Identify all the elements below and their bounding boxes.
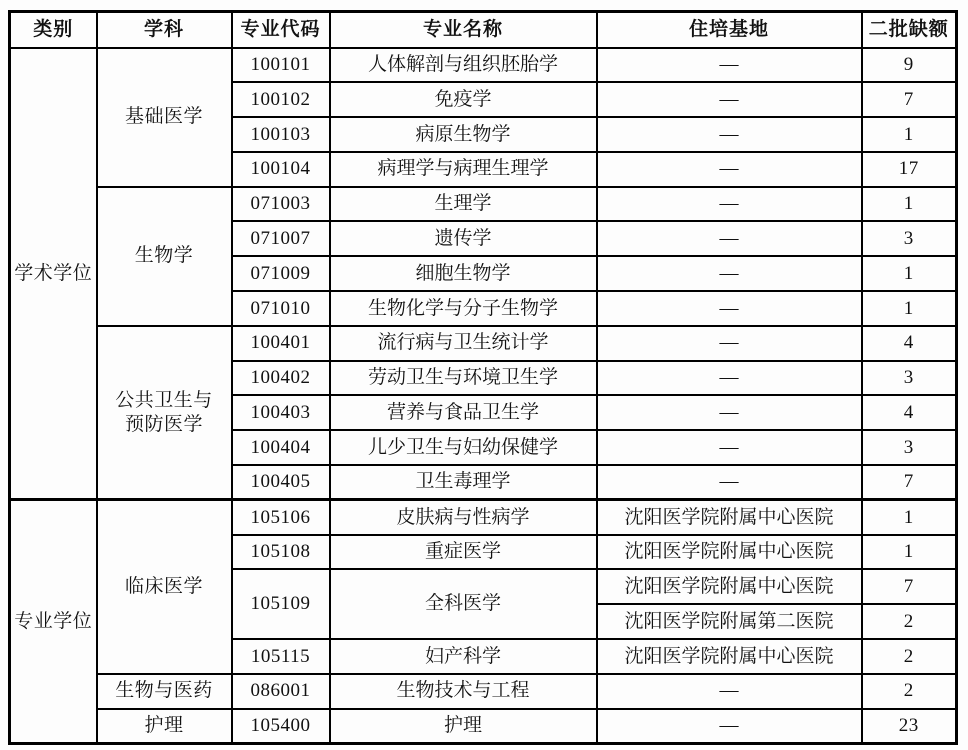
table-row: 专业学位临床医学105106皮肤病与性病学沈阳医学院附属中心医院1 xyxy=(10,500,957,535)
cell-base: — xyxy=(597,48,862,83)
cell-vacancy: 7 xyxy=(862,82,957,117)
cell-major: 卫生毒理学 xyxy=(330,465,597,500)
cell-base: — xyxy=(597,326,862,361)
cell-base: 沈阳医学院附属中心医院 xyxy=(597,500,862,535)
cell-code: 071010 xyxy=(232,291,330,326)
cell-vacancy: 2 xyxy=(862,674,957,709)
cell-code: 071003 xyxy=(232,187,330,222)
cell-vacancy: 3 xyxy=(862,361,957,396)
cell-code: 100104 xyxy=(232,152,330,187)
cell-major: 劳动卫生与环境卫生学 xyxy=(330,361,597,396)
cell-major: 细胞生物学 xyxy=(330,256,597,291)
cell-major: 病理学与病理生理学 xyxy=(330,152,597,187)
cell-base: — xyxy=(597,221,862,256)
cell-code: 100102 xyxy=(232,82,330,117)
cell-major: 生理学 xyxy=(330,187,597,222)
cell-base: — xyxy=(597,291,862,326)
cell-discipline: 生物与医药 xyxy=(97,674,232,709)
cell-vacancy: 4 xyxy=(862,326,957,361)
cell-base: — xyxy=(597,361,862,396)
cell-base: — xyxy=(597,430,862,465)
table-row: 生物学071003生理学—1 xyxy=(10,187,957,222)
cell-base: — xyxy=(597,82,862,117)
cell-major: 人体解剖与组织胚胎学 xyxy=(330,48,597,83)
cell-base: 沈阳医学院附属第二医院 xyxy=(597,604,862,639)
cell-vacancy: 1 xyxy=(862,291,957,326)
table-row: 生物与医药086001生物技术与工程—2 xyxy=(10,674,957,709)
cell-major: 全科医学 xyxy=(330,569,597,639)
cell-category: 专业学位 xyxy=(10,500,97,744)
cell-major: 儿少卫生与妇幼保健学 xyxy=(330,430,597,465)
cell-code: 071007 xyxy=(232,221,330,256)
cell-code: 105108 xyxy=(232,535,330,570)
cell-base: 沈阳医学院附属中心医院 xyxy=(597,569,862,604)
table-row: 护理105400护理—23 xyxy=(10,709,957,744)
cell-major: 流行病与卫生统计学 xyxy=(330,326,597,361)
cell-code: 071009 xyxy=(232,256,330,291)
cell-code: 100405 xyxy=(232,465,330,500)
cell-vacancy: 9 xyxy=(862,48,957,83)
cell-code: 100402 xyxy=(232,361,330,396)
cell-vacancy: 23 xyxy=(862,709,957,744)
cell-vacancy: 4 xyxy=(862,395,957,430)
cell-vacancy: 3 xyxy=(862,430,957,465)
cell-discipline: 公共卫生与 预防医学 xyxy=(97,326,232,500)
cell-base: — xyxy=(597,117,862,152)
cell-base: — xyxy=(597,674,862,709)
document-page: 类别学科专业代码专业名称住培基地二批缺额 学术学位基础医学100101人体解剖与… xyxy=(0,0,968,750)
header-row: 类别学科专业代码专业名称住培基地二批缺额 xyxy=(10,12,957,48)
cell-base: — xyxy=(597,395,862,430)
cell-vacancy: 1 xyxy=(862,256,957,291)
col-header-vacancy: 二批缺额 xyxy=(862,12,957,48)
cell-base: — xyxy=(597,187,862,222)
cell-vacancy: 1 xyxy=(862,187,957,222)
cell-base: — xyxy=(597,152,862,187)
cell-base: — xyxy=(597,465,862,500)
cell-code: 100103 xyxy=(232,117,330,152)
cell-category: 学术学位 xyxy=(10,48,97,500)
cell-discipline: 生物学 xyxy=(97,187,232,326)
cell-major: 生物化学与分子生物学 xyxy=(330,291,597,326)
table-row: 公共卫生与 预防医学100401流行病与卫生统计学—4 xyxy=(10,326,957,361)
col-header-discipline: 学科 xyxy=(97,12,232,48)
cell-discipline: 护理 xyxy=(97,709,232,744)
cell-vacancy: 1 xyxy=(862,117,957,152)
cell-vacancy: 1 xyxy=(862,500,957,535)
col-header-major: 专业名称 xyxy=(330,12,597,48)
cell-code: 105106 xyxy=(232,500,330,535)
cell-code: 105115 xyxy=(232,639,330,674)
cell-major: 遗传学 xyxy=(330,221,597,256)
cell-code: 100401 xyxy=(232,326,330,361)
cell-code: 105400 xyxy=(232,709,330,744)
cell-vacancy: 7 xyxy=(862,569,957,604)
cell-major: 重症医学 xyxy=(330,535,597,570)
cell-discipline: 临床医学 xyxy=(97,500,232,674)
cell-vacancy: 7 xyxy=(862,465,957,500)
cell-major: 病原生物学 xyxy=(330,117,597,152)
cell-major: 生物技术与工程 xyxy=(330,674,597,709)
cell-base: — xyxy=(597,256,862,291)
cell-vacancy: 3 xyxy=(862,221,957,256)
col-header-code: 专业代码 xyxy=(232,12,330,48)
cell-major: 免疫学 xyxy=(330,82,597,117)
cell-code: 086001 xyxy=(232,674,330,709)
col-header-category: 类别 xyxy=(10,12,97,48)
table-row: 学术学位基础医学100101人体解剖与组织胚胎学—9 xyxy=(10,48,957,83)
cell-major: 护理 xyxy=(330,709,597,744)
cell-code: 100404 xyxy=(232,430,330,465)
cell-major: 营养与食品卫生学 xyxy=(330,395,597,430)
cell-base: — xyxy=(597,709,862,744)
cell-major: 皮肤病与性病学 xyxy=(330,500,597,535)
table-body: 学术学位基础医学100101人体解剖与组织胚胎学—9100102免疫学—7100… xyxy=(10,48,957,744)
cell-base: 沈阳医学院附属中心医院 xyxy=(597,535,862,570)
cell-base: 沈阳医学院附属中心医院 xyxy=(597,639,862,674)
quota-table: 类别学科专业代码专业名称住培基地二批缺额 学术学位基础医学100101人体解剖与… xyxy=(8,10,958,745)
cell-vacancy: 2 xyxy=(862,604,957,639)
cell-vacancy: 1 xyxy=(862,535,957,570)
cell-code: 105109 xyxy=(232,569,330,639)
cell-vacancy: 17 xyxy=(862,152,957,187)
cell-vacancy: 2 xyxy=(862,639,957,674)
cell-code: 100403 xyxy=(232,395,330,430)
cell-major: 妇产科学 xyxy=(330,639,597,674)
col-header-base: 住培基地 xyxy=(597,12,862,48)
cell-code: 100101 xyxy=(232,48,330,83)
cell-discipline: 基础医学 xyxy=(97,48,232,187)
